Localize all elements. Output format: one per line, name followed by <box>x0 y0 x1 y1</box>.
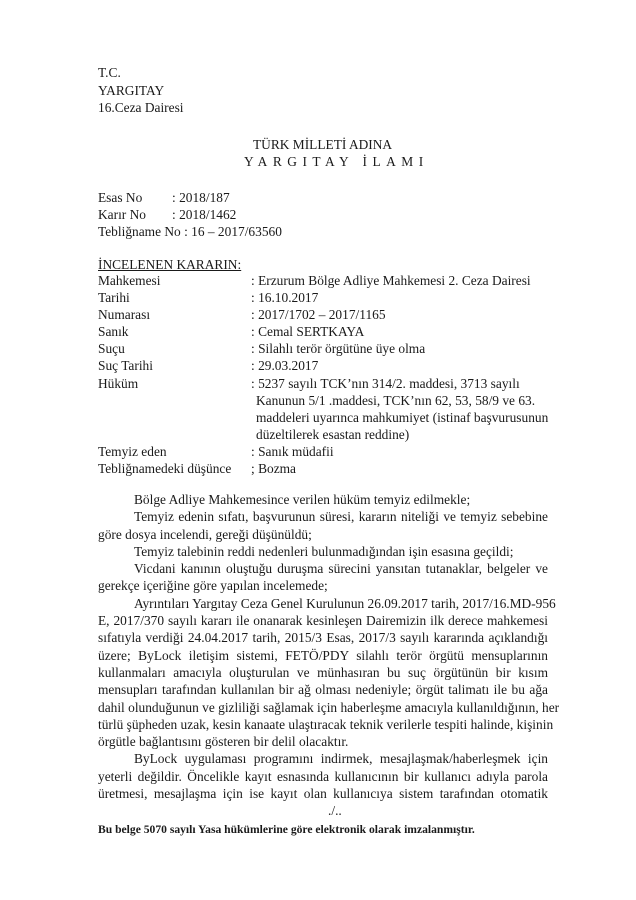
row-label-crime: Suçu <box>98 340 125 357</box>
body-line: kullanmaları amacıyla oluşturulan ve mün… <box>98 664 548 681</box>
row-value-opinion: ; Bozma <box>251 460 296 477</box>
row-label-number: Numarası <box>98 306 150 323</box>
body-line: dahil olunduğunun ve gizliliği sağlamak … <box>98 699 548 716</box>
body-line: üzere; ByLock iletişim sistemi, FETÖ/PDY… <box>98 647 548 664</box>
header-department: 16.Ceza Dairesi <box>98 99 184 116</box>
row-value-court: : Erzurum Bölge Adliye Mahkemesi 2. Ceza… <box>251 272 531 289</box>
page-continuation-marker: ./.. <box>328 802 342 819</box>
row-value-crime: : Silahlı terör örgütüne üye olma <box>251 340 425 357</box>
body-line: sıfatıyla verdiği 24.04.2017 tarih, 2015… <box>98 629 548 646</box>
body-line: türlü şüpheden uzak, kesin kanaate ulaşt… <box>98 716 548 733</box>
row-label-crime-date: Suç Tarihi <box>98 357 153 374</box>
ruling-body: Bölge Adliye Mahkemesince verilen hüküm … <box>98 491 548 802</box>
esas-value: : 2018/187 <box>172 189 230 206</box>
body-line: Bölge Adliye Mahkemesince verilen hüküm … <box>98 491 548 508</box>
document-title-line2: YARGITAY İLAMI <box>244 153 429 170</box>
row-value-number: : 2017/1702 – 2017/1165 <box>251 306 386 323</box>
header-country: T.C. <box>98 64 121 81</box>
document-page: T.C. YARGITAY 16.Ceza Dairesi TÜRK MİLLE… <box>0 0 636 900</box>
document-title-line1: TÜRK MİLLETİ ADINA <box>253 136 392 153</box>
row-value-verdict: : 5237 sayılı TCK’nın 314/2. maddesi, 37… <box>251 375 520 392</box>
body-line: örgütle bağlantısını gösteren bir delil … <box>98 733 548 750</box>
row-label-defendant: Sanık <box>98 323 129 340</box>
row-value-verdict-cont-3: düzeltilerek esastan reddine) <box>256 426 409 443</box>
row-value-date: : 16.10.2017 <box>251 289 318 306</box>
header-court: YARGITAY <box>98 82 164 99</box>
row-value-crime-date: : 29.03.2017 <box>251 357 318 374</box>
body-line: göre dosya incelendi, gereği düşünüldü; <box>98 526 548 543</box>
karar-label: Karır No <box>98 206 146 223</box>
section-title: İNCELENEN KARARIN: <box>98 256 241 273</box>
body-line: mensupları tarafından kullanılan bir ağ … <box>98 681 548 698</box>
row-value-verdict-cont-2: maddeleri uyarınca mahkumiyet (istinaf b… <box>256 409 548 426</box>
row-value-appellant: : Sanık müdafii <box>251 443 334 460</box>
body-line: E, 2017/370 sayılı kararı ile onanarak k… <box>98 612 548 629</box>
karar-value: : 2018/1462 <box>172 206 236 223</box>
body-line: Temyiz edenin sıfatı, başvurunun süresi,… <box>98 508 548 525</box>
row-value-verdict-cont-1: Kanunun 5/1 .maddesi, TCK’nın 62, 53, 58… <box>256 392 535 409</box>
body-line: ByLock uygulaması programını indirmek, m… <box>98 750 548 767</box>
e-signature-note: Bu belge 5070 sayılı Yasa hükümlerine gö… <box>98 821 475 838</box>
row-value-defendant: : Cemal SERTKAYA <box>251 323 364 340</box>
row-label-appellant: Temyiz eden <box>98 443 167 460</box>
esas-label: Esas No <box>98 189 142 206</box>
row-label-date: Tarihi <box>98 289 130 306</box>
body-line: Ayrıntıları Yargıtay Ceza Genel Kurulunu… <box>98 595 548 612</box>
body-line: yeterli değildir. Öncelikle kayıt esnası… <box>98 768 548 785</box>
body-line: Vicdani kanının oluştuğu duruşma sürecin… <box>98 560 548 577</box>
body-line: Temyiz talebinin reddi nedenleri bulunma… <box>98 543 548 560</box>
tebligname-number: Tebliğname No : 16 – 2017/63560 <box>98 223 282 240</box>
row-label-court: Mahkemesi <box>98 272 160 289</box>
row-label-verdict: Hüküm <box>98 375 138 392</box>
row-label-opinion: Tebliğnamedeki düşünce <box>98 460 231 477</box>
body-line: üretmesi, mesajlaşma için ise kayıt olan… <box>98 785 548 802</box>
body-line: gerekçe içeriğine göre yapılan incelemed… <box>98 577 548 594</box>
